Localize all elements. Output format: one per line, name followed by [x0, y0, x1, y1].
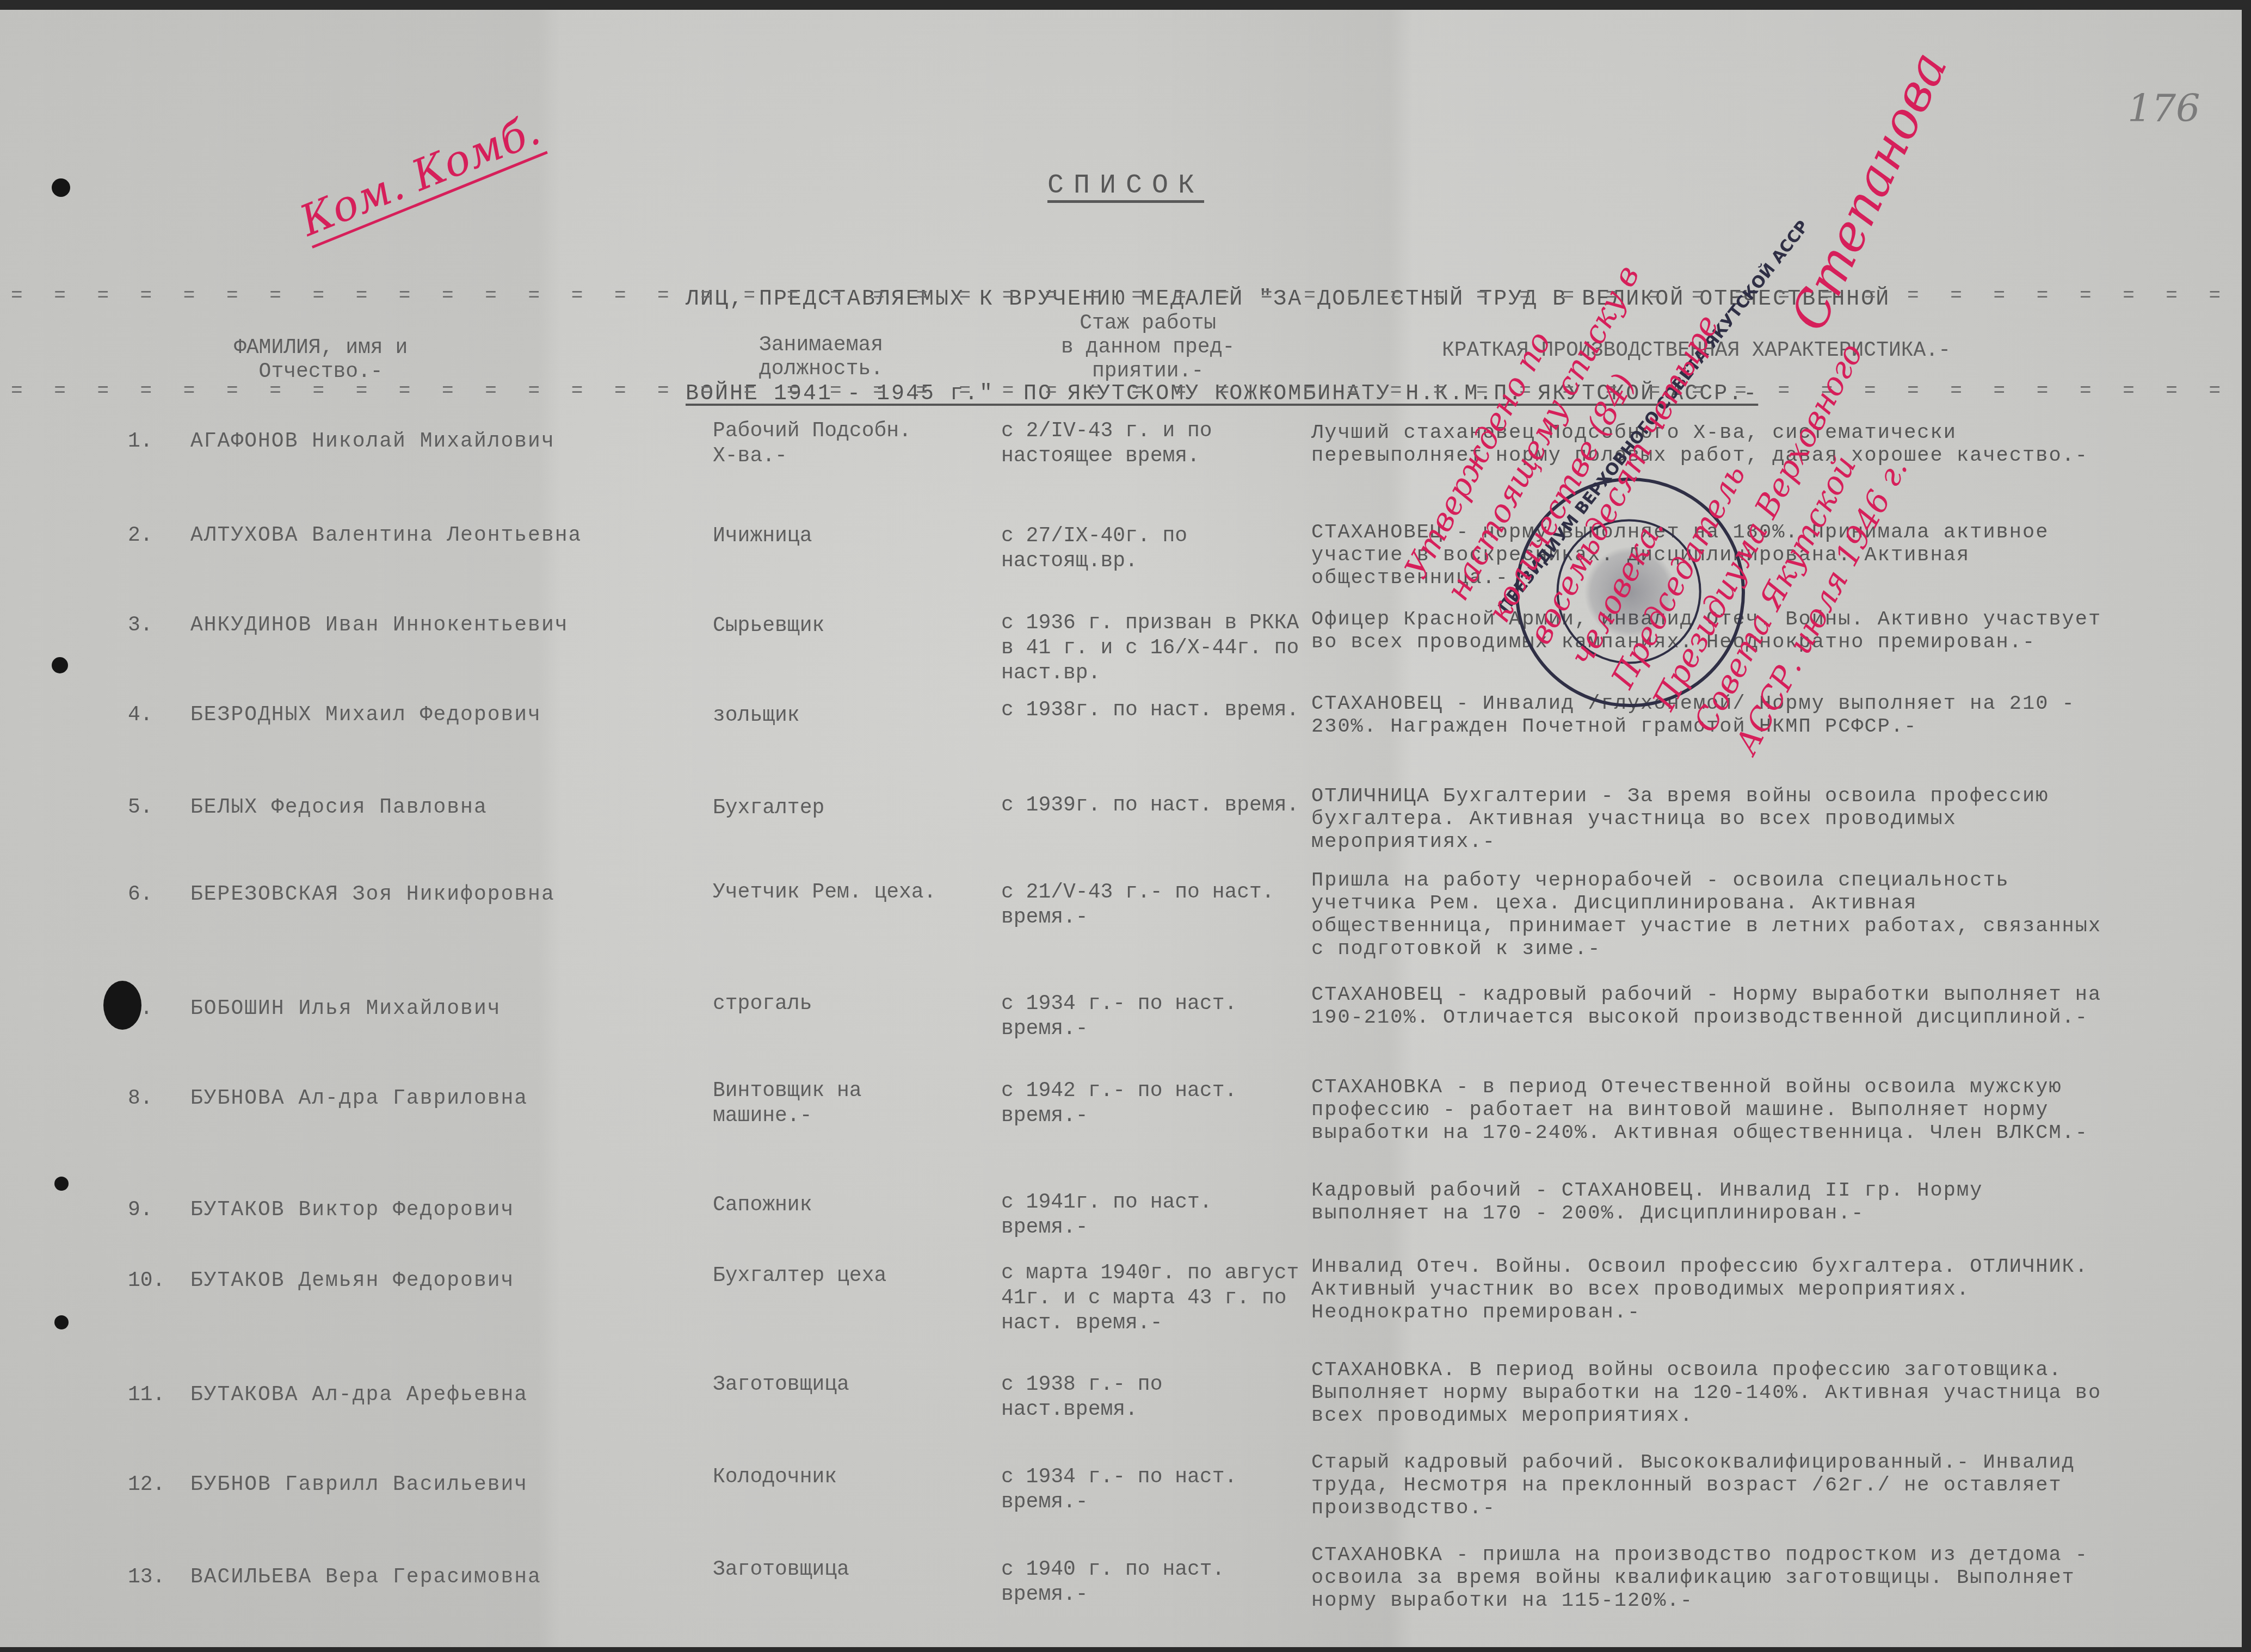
row-number: 3.	[128, 614, 153, 637]
person-position: строгаль	[713, 992, 941, 1017]
person-name: БУТАКОВ Демьян Федорович	[190, 1269, 514, 1292]
person-name: ВАСИЛЬЕВА Вера Герасимовна	[190, 1566, 541, 1589]
person-characteristic: Пришла на работу чернорабочей - освоила …	[1311, 869, 2106, 961]
folio-number: 176	[2127, 86, 2200, 131]
person-tenure: с 1934 г.- по наст. время.-	[1001, 992, 1306, 1042]
row-number: 10.	[128, 1269, 165, 1292]
row-number: 11.	[128, 1383, 165, 1407]
person-characteristic: СТАХАНОВКА - пришла на производство подр…	[1311, 1544, 2106, 1612]
row-number: 13.	[128, 1566, 165, 1589]
person-tenure: с 1934 г.- по наст. время.-	[1001, 1465, 1306, 1515]
person-name: БЕЗРОДНЫХ Михаил Федорович	[190, 703, 541, 727]
row-number: 2.	[128, 524, 153, 547]
person-tenure: с 2/IV-43 г. и по настоящее время.	[1001, 419, 1306, 469]
person-tenure: с 1938 г.- по наст.время.	[1001, 1372, 1306, 1422]
row-number: 9.	[128, 1198, 153, 1222]
person-tenure: с 1939г. по наст. время.	[1001, 793, 1306, 818]
person-position: Бухгалтер	[713, 796, 941, 821]
binder-hole	[52, 178, 70, 197]
binder-hole	[54, 1315, 69, 1329]
person-tenure: с 21/V-43 г.- по наст. время.-	[1001, 880, 1306, 930]
document-page: 176 Ком. Комб. СПИСОК ЛИЦ, ПРЕДСТАВЛЯЕМЫ…	[0, 10, 2242, 1647]
person-position: зольщик	[713, 703, 941, 728]
person-characteristic: Старый кадровый рабочий. Высококвалифици…	[1311, 1451, 2106, 1520]
header-rule-top: = = = = = = = = = = = = = = = = = = = = …	[11, 284, 2231, 307]
person-position: Ичижница	[713, 524, 941, 549]
person-position: Рабочий Подсобн. Х-ва.-	[713, 419, 941, 469]
person-tenure: с 1940 г. по наст. время.-	[1001, 1557, 1306, 1607]
binder-hole	[103, 981, 141, 1030]
person-name: АЛТУХОВА Валентина Леонтьевна	[190, 524, 582, 547]
row-number: 6.	[128, 883, 153, 906]
person-name: АГАФОНОВ Николай Михайлович	[190, 430, 555, 453]
person-name: БУБНОВ Гаврилл Васильевич	[190, 1473, 528, 1496]
person-position: Бухгалтер цеха	[713, 1264, 941, 1289]
row-number: 8.	[128, 1087, 153, 1110]
person-position: Учетчик Рем. цеха.	[713, 880, 941, 905]
person-characteristic: СТАХАНОВЕЦ - кадровый рабочий - Норму вы…	[1311, 983, 2106, 1029]
person-characteristic: СТАХАНОВКА. В период войны освоила профе…	[1311, 1359, 2106, 1427]
person-position: Винтовщик на машине.-	[713, 1079, 941, 1129]
person-name: БЕЛЫХ Федосия Павловна	[190, 796, 488, 819]
person-tenure: с 27/IX-40г. по настоящ.вр.	[1001, 524, 1306, 574]
column-header-name: ФАМИЛИЯ, имя и Отчество.-	[234, 336, 408, 384]
binder-hole	[52, 657, 68, 673]
corner-note: Ком. Комб.	[293, 106, 548, 249]
person-tenure: с 1938г. по наст. время.	[1001, 698, 1306, 723]
person-position: Сапожник	[713, 1193, 941, 1218]
document-title: СПИСОК	[1047, 170, 1204, 201]
row-number: 12.	[128, 1473, 165, 1496]
row-number: 1.	[128, 430, 153, 453]
person-tenure: с 1942 г.- по наст. время.-	[1001, 1079, 1306, 1129]
person-characteristic: СТАХАНОВКА - в период Отечественной войн…	[1311, 1076, 2106, 1144]
person-position: Колодочник	[713, 1465, 941, 1490]
person-tenure: с 1936 г. призван в РККА в 41 г. и с 16/…	[1001, 611, 1306, 686]
column-header-position: Занимаемая должность.	[759, 333, 883, 381]
column-header-tenure: Стаж работы в данном пред- приятии.-	[1061, 312, 1235, 383]
person-name: АНКУДИНОВ Иван Иннокентьевич	[190, 614, 569, 637]
person-tenure: с марта 1940г. по август 41г. и с марта …	[1001, 1261, 1306, 1336]
row-number: 5.	[128, 796, 153, 819]
person-name: БУБНОВА Ал-дра Гавриловна	[190, 1087, 528, 1110]
person-characteristic: Инвалид Отеч. Войны. Освоил профессию бу…	[1311, 1255, 2106, 1324]
person-characteristic: Кадровый рабочий - СТАХАНОВЕЦ. Инвалид I…	[1311, 1179, 2106, 1225]
binder-hole	[54, 1177, 69, 1191]
person-name: БУТАКОВА Ал-дра Арефьевна	[190, 1383, 528, 1407]
person-position: Заготовщица	[713, 1557, 941, 1582]
person-characteristic: ОТЛИЧНИЦА Бухгалтерии - За время войны о…	[1311, 785, 2106, 853]
row-number: 4.	[128, 703, 153, 727]
person-name: БЕРЕЗОВСКАЯ Зоя Никифоровна	[190, 883, 555, 906]
person-position: Сырьевщик	[713, 614, 941, 639]
person-position: Заготовщица	[713, 1372, 941, 1397]
person-name: БОБОШИН Илья Михайлович	[190, 997, 501, 1020]
person-name: БУТАКОВ Виктор Федорович	[190, 1198, 514, 1222]
person-tenure: с 1941г. по наст. время.-	[1001, 1190, 1306, 1240]
